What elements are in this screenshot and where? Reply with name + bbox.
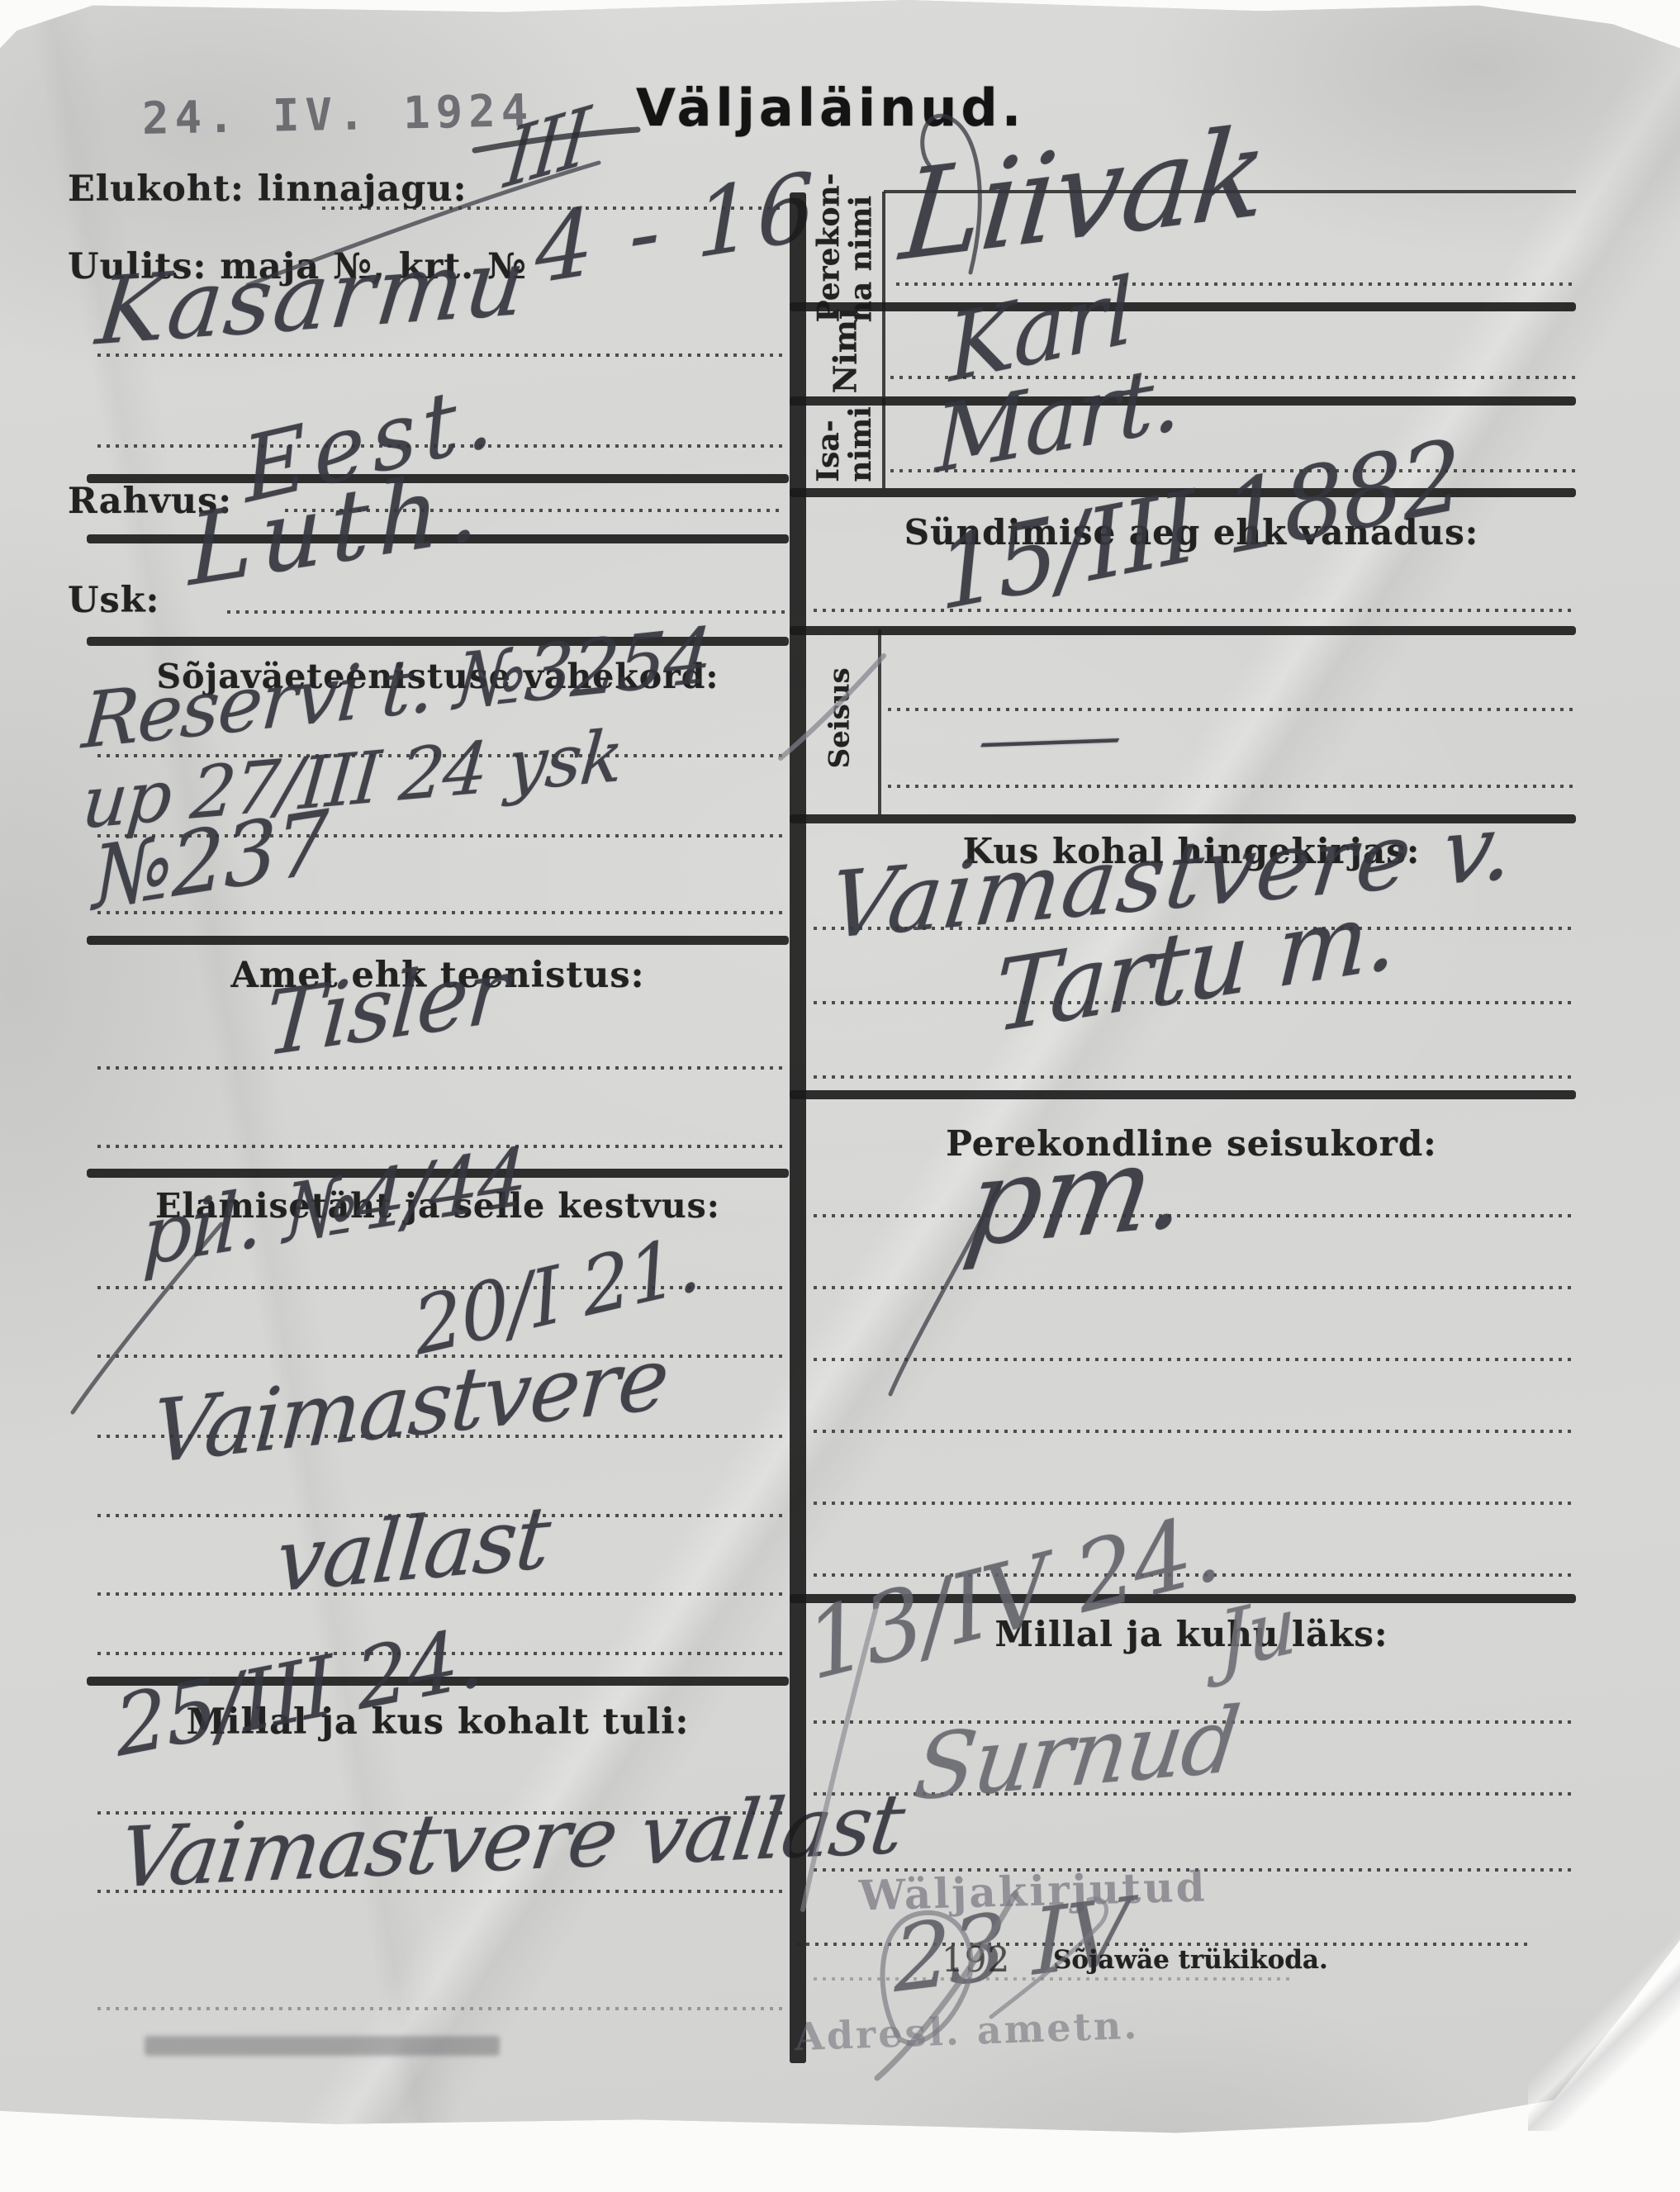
rule-line xyxy=(790,396,1576,406)
dotted-line xyxy=(814,1075,1576,1079)
illegible-print-smudge xyxy=(145,2036,500,2056)
dotted-line xyxy=(814,609,1576,612)
label-line: na nimi xyxy=(845,173,877,323)
rule-line xyxy=(87,936,789,945)
pencil-note: Ju xyxy=(1216,1586,1297,1683)
label-line: nimi xyxy=(845,406,877,482)
rule-line xyxy=(882,398,885,488)
dotted-line xyxy=(814,1430,1576,1433)
printed-year: 192 xyxy=(942,1943,1010,1977)
dotted-line xyxy=(814,1286,1576,1289)
field-label-usk: Usk: xyxy=(68,583,159,619)
rule-line xyxy=(790,626,1576,635)
field-label-nimi: Nimi xyxy=(808,306,882,396)
rule-line xyxy=(878,629,881,814)
handwritten-family-status: pm. xyxy=(959,1127,1196,1265)
dotted-line xyxy=(814,1358,1576,1361)
dotted-line xyxy=(97,1066,785,1070)
handwritten-permit-place2: vallast xyxy=(273,1494,552,1605)
label-line: Isa- xyxy=(813,406,845,482)
field-label-seisus: Seisus xyxy=(803,671,877,766)
scanned-registration-card: 24. IV. 1924 Väljaläinud. Elukoht: linna… xyxy=(0,0,1680,2192)
dotted-line xyxy=(97,2007,785,2010)
rule-line xyxy=(882,304,885,396)
rule-line xyxy=(790,1090,1576,1099)
page-title: Väljaläinud. xyxy=(636,83,1025,134)
label-line: Perekon- xyxy=(813,173,845,323)
dotted-line xyxy=(888,785,1576,788)
dotted-line xyxy=(814,1214,1576,1217)
handwritten-seisus-dash: — xyxy=(974,707,1122,770)
rule-line xyxy=(882,192,885,304)
field-label-elukoht: Elukoht: linnajagu: xyxy=(68,172,467,207)
printer-imprint: Sõjawäe trükikoda. xyxy=(1053,1948,1328,1973)
clerk-stamp: Adresl. ametn. xyxy=(794,2006,1140,2057)
rule-line xyxy=(790,302,1576,311)
field-label-isanimi: Isa- nimi xyxy=(808,400,882,488)
date-stamp: 24. IV. 1924 xyxy=(141,88,534,141)
column-divider xyxy=(790,192,806,2063)
field-label-perekonnanimi: Perekon- na nimi xyxy=(808,193,882,302)
